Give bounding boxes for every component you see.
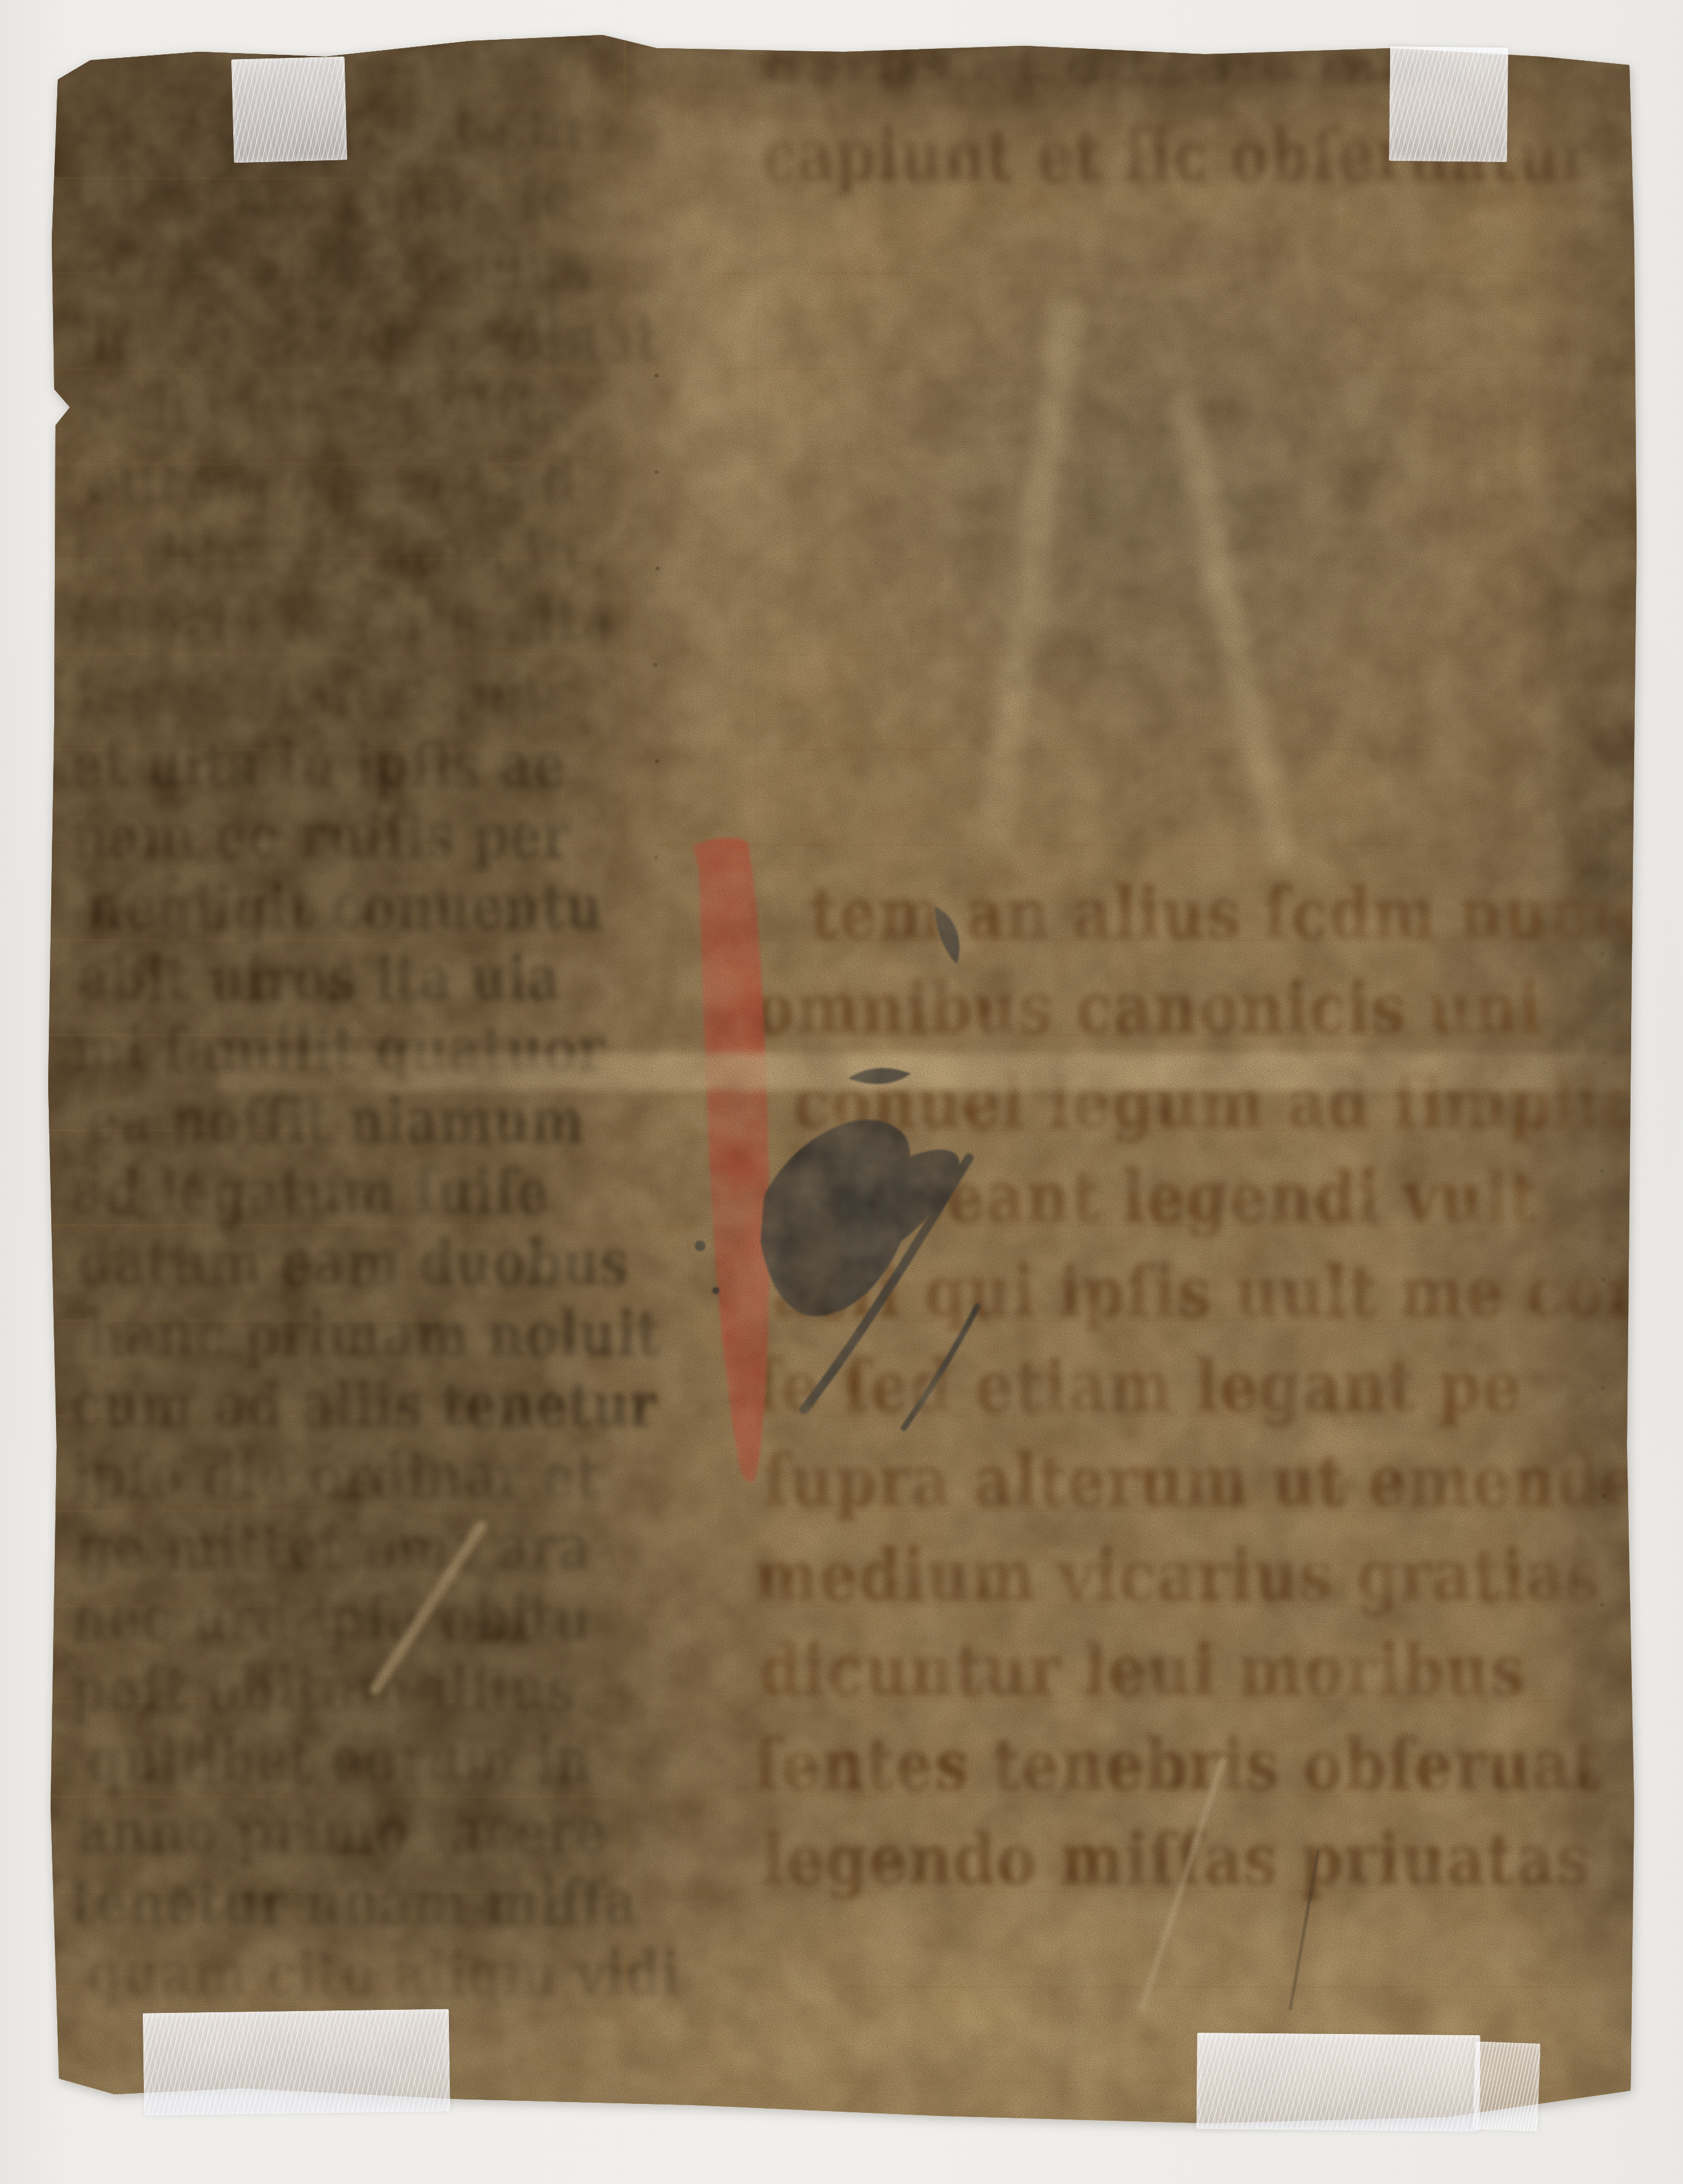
pricking-dots [37,29,42,33]
tape-bottom-right [1196,2033,1480,2132]
parchment-surface: tum ad priuata mnam cui omnia fedictis e… [37,29,1645,2130]
tape-bottom-left [143,2009,450,2115]
tape-bottom-right-crinkled-edge [1472,2041,1540,2132]
tape-top-left [231,57,347,163]
parchment-grain-texture [37,29,1645,2130]
tape-top-right [1389,46,1508,162]
parchment-fragment: tum ad priuata mnam cui omnia fedictis e… [37,29,1645,2130]
